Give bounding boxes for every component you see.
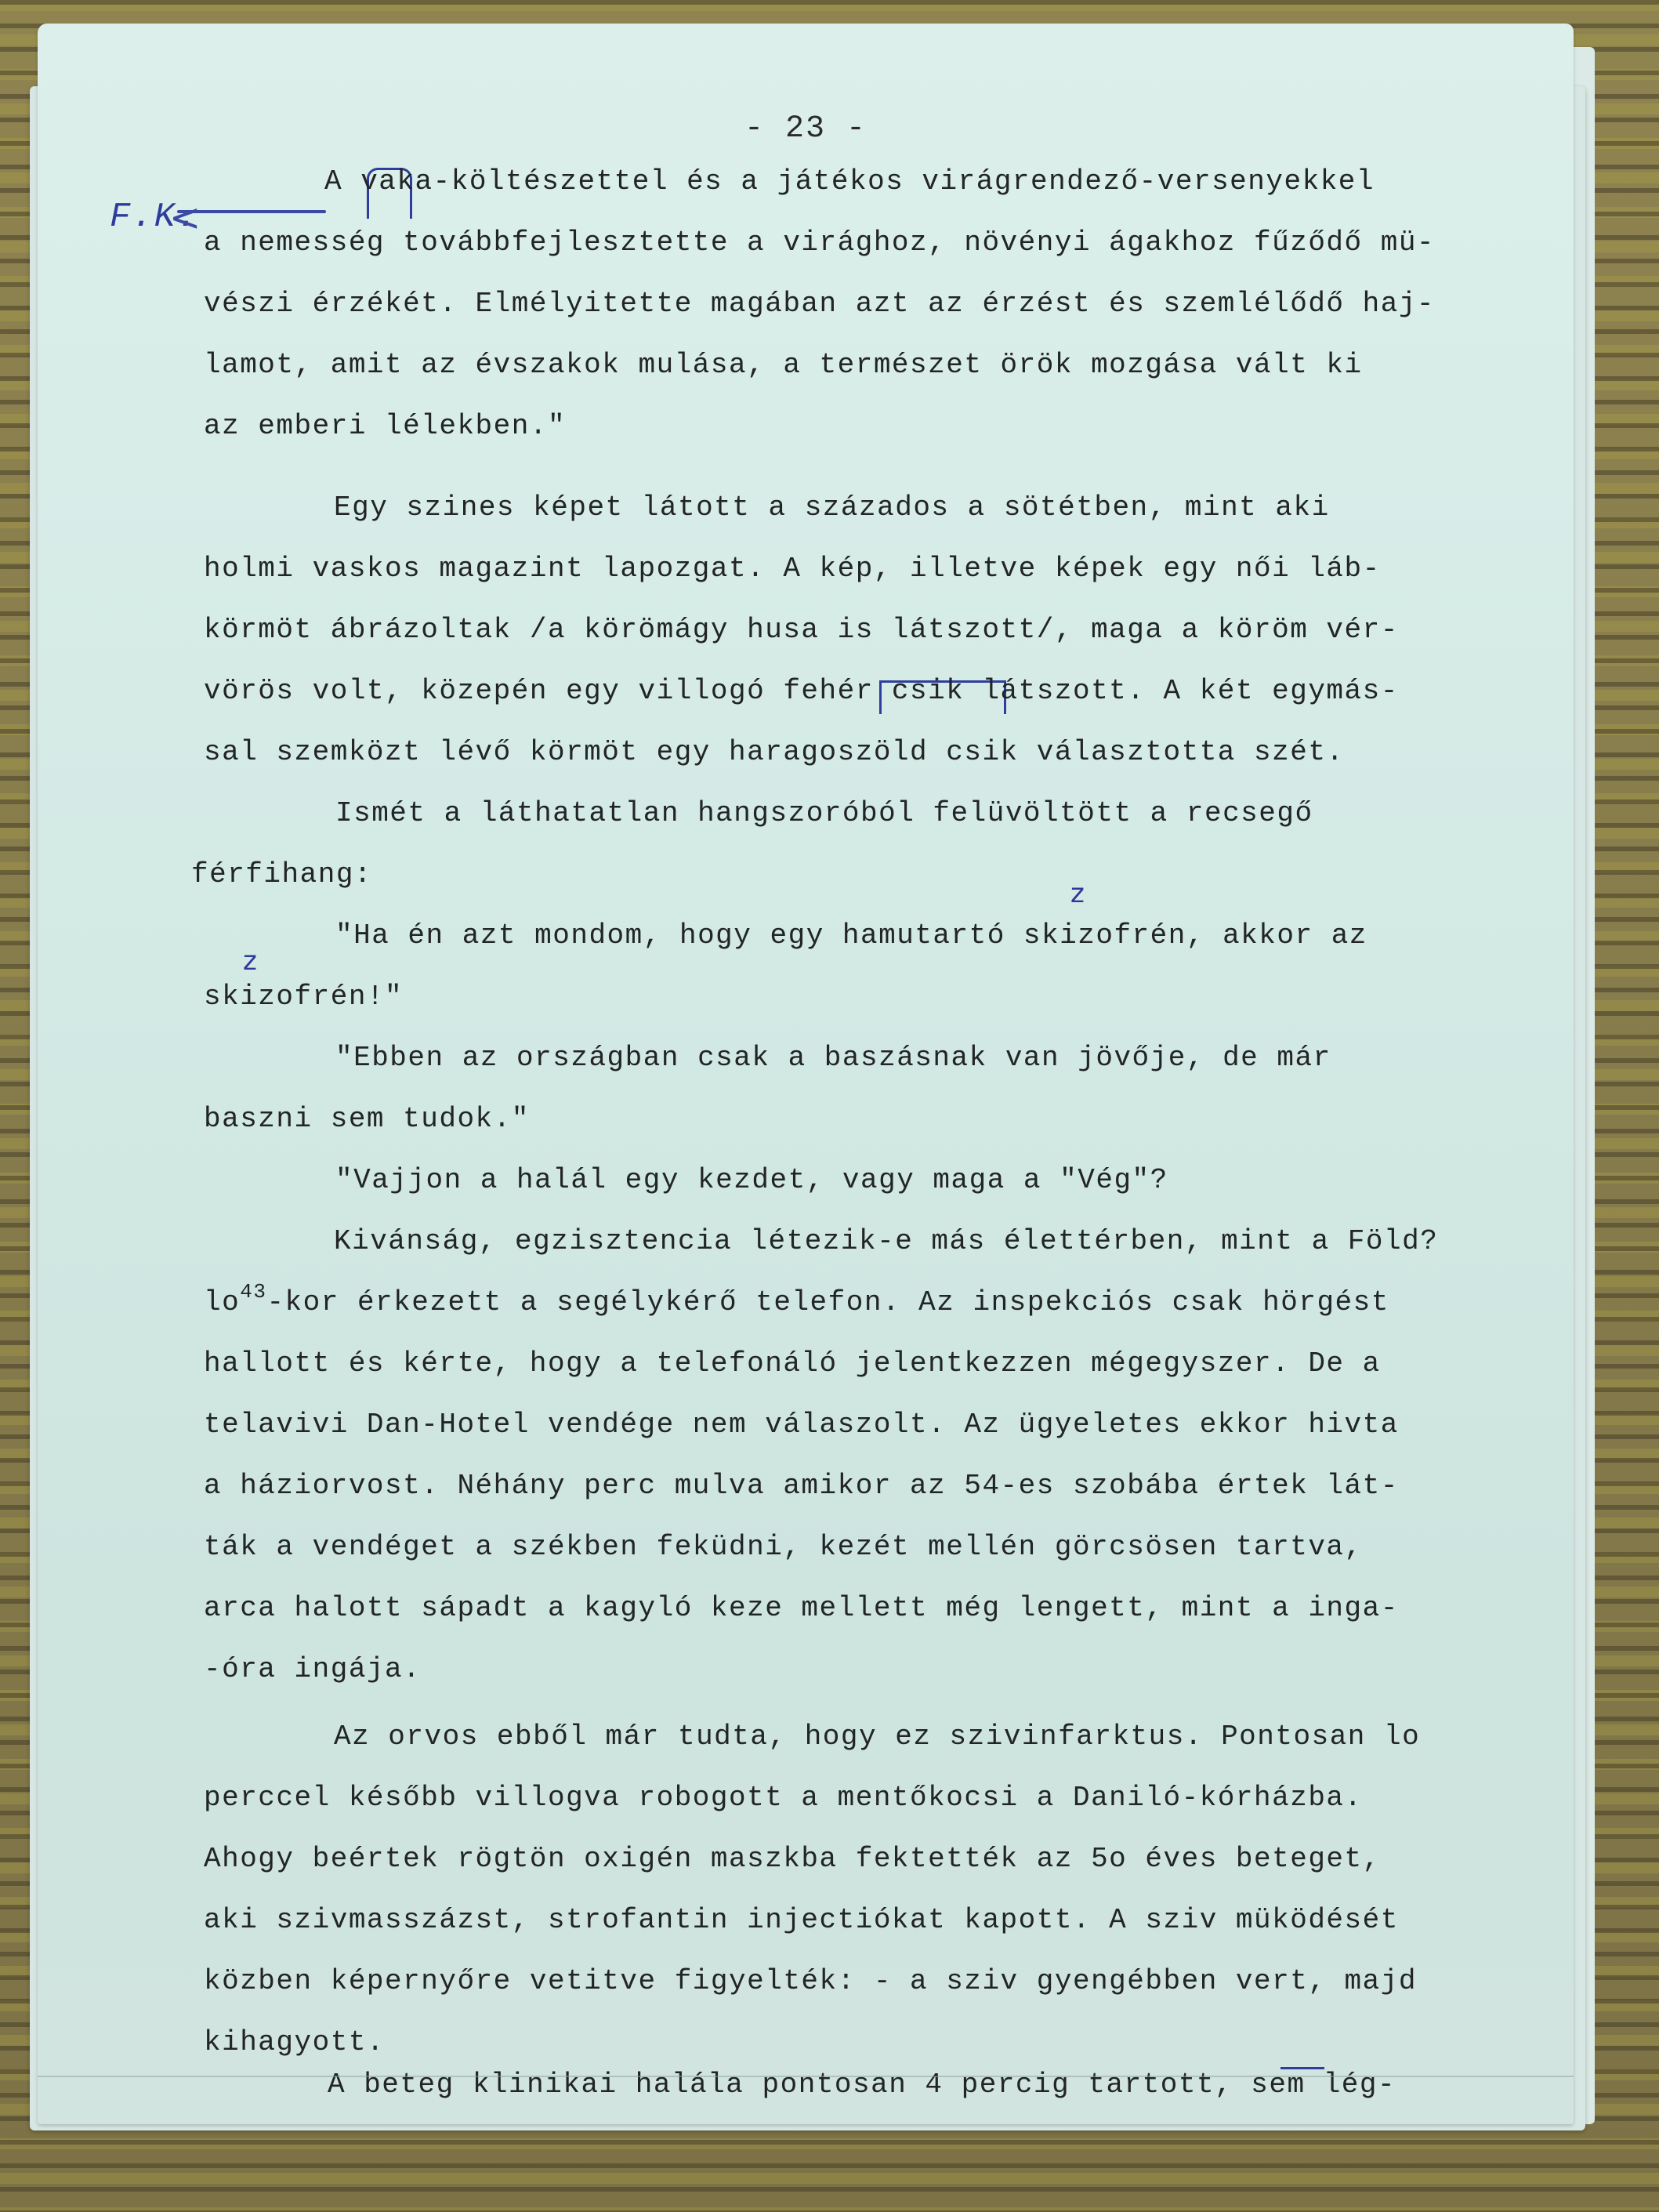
text-line: sal szemközt lévő körmöt egy haragoszöld… bbox=[204, 735, 1345, 770]
text-line: "Ebben az országban csak a baszásnak van… bbox=[335, 1041, 1331, 1075]
text-line: perccel később villogva robogott a mentő… bbox=[204, 1781, 1363, 1815]
text-line: lo43-kor érkezett a segélykérő telefon. … bbox=[204, 1285, 1389, 1322]
typewritten-page: - 23 - F.K. < z z A vaka-költészettel és… bbox=[38, 24, 1574, 2124]
text-line: a nemesség továbbfejlesztette a virághoz… bbox=[204, 226, 1435, 260]
text-line: baszni sem tudok." bbox=[204, 1102, 530, 1137]
text-line: Ahogy beértek rögtön oxigén maszkba fekt… bbox=[204, 1842, 1381, 1877]
arrow-head-icon: < bbox=[169, 196, 201, 240]
text-line: Egy szines képet látott a százados a söt… bbox=[334, 491, 1330, 525]
text-line-rest: -kor érkezett a segélykérő telefon. Az i… bbox=[266, 1286, 1389, 1318]
text-line: aki szivmasszázst, strofantin injectióka… bbox=[204, 1903, 1399, 1938]
text-line: -óra ingája. bbox=[204, 1652, 421, 1687]
text-line: "Vajjon a halál egy kezdet, vagy maga a … bbox=[335, 1163, 1168, 1198]
pen-correction-z-2: z bbox=[243, 945, 257, 977]
text-line: közben képernyőre vetitve figyelték: - a… bbox=[204, 1964, 1417, 1999]
text-line: az emberi lélekben." bbox=[204, 409, 566, 444]
text-line: telavivi Dan-Hotel vendége nem válaszolt… bbox=[204, 1408, 1399, 1442]
text-line: "Ha én azt mondom, hogy egy hamutartó sk… bbox=[335, 919, 1367, 953]
page-fold-line bbox=[38, 2076, 1574, 2077]
time-prefix: lo bbox=[204, 1286, 240, 1318]
text-line: skizofrén!" bbox=[204, 980, 403, 1014]
text-line: ták a vendéget a székben feküdni, kezét … bbox=[204, 1530, 1363, 1565]
text-line: Kivánság, egzisztencia létezik-e más éle… bbox=[334, 1224, 1438, 1259]
text-line: kihagyott. bbox=[204, 2025, 385, 2060]
text-line: holmi vaskos magazint lapozgat. A kép, i… bbox=[204, 552, 1381, 586]
text-line: férfihang: bbox=[191, 858, 372, 892]
pen-correction-z-1: z bbox=[1070, 878, 1085, 909]
text-line: lamot, amit az évszakok mulása, a termés… bbox=[204, 348, 1363, 383]
text-line: a háziorvost. Néhány perc mulva amikor a… bbox=[204, 1469, 1399, 1503]
text-line: hallott és kérte, hogy a telefonáló jele… bbox=[204, 1347, 1381, 1381]
text-line: vészi érzékét. Elmélyitette magában azt … bbox=[204, 287, 1435, 321]
text-line: körmöt ábrázoltak /a körömágy husa is lá… bbox=[204, 613, 1399, 647]
text-line: Az orvos ebből már tudta, hogy ez szivin… bbox=[334, 1720, 1420, 1754]
text-line: A vaka-költészettel és a játékos virágre… bbox=[324, 165, 1375, 199]
time-superscript: 43 bbox=[240, 1280, 266, 1304]
text-line: arca halott sápadt a kagyló keze mellett… bbox=[204, 1591, 1399, 1626]
text-line: A beteg klinikai halála pontosan 4 perci… bbox=[328, 2068, 1396, 2102]
text-line: Ismét a láthatatlan hangszoróból felüvöl… bbox=[335, 796, 1313, 831]
page-number: - 23 - bbox=[38, 111, 1574, 147]
text-line: vörös volt, közepén egy villogó fehér cs… bbox=[204, 674, 1399, 709]
